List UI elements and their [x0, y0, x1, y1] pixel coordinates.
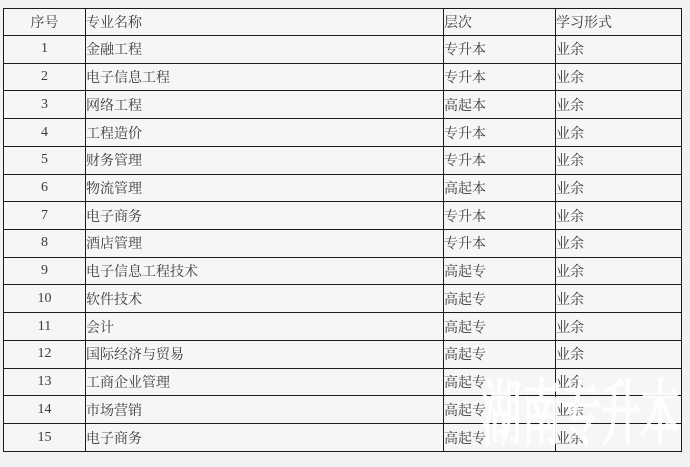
- level-cell: 高起本: [444, 174, 556, 202]
- major-name-cell: 电子商务: [86, 202, 444, 230]
- study-form-cell: 业余: [556, 36, 682, 64]
- study-form-cell: 业余: [556, 230, 682, 258]
- row-number-cell: 5: [4, 146, 86, 174]
- level-cell: 专升本: [444, 202, 556, 230]
- table-header-row: 序号 专业名称 层次 学习形式: [4, 9, 682, 36]
- study-form-cell: 业余: [556, 340, 682, 368]
- level-cell: 高起专: [444, 313, 556, 341]
- major-name-cell: 会计: [86, 313, 444, 341]
- row-number-cell: 8: [4, 230, 86, 258]
- level-cell: 高起本: [444, 91, 556, 119]
- row-number-cell: 9: [4, 257, 86, 285]
- study-form-cell: 业余: [556, 174, 682, 202]
- level-cell: 高起专: [444, 285, 556, 313]
- study-form-cell: 业余: [556, 91, 682, 119]
- row-number-cell: 14: [4, 396, 86, 424]
- row-number-cell: 10: [4, 285, 86, 313]
- level-cell: 专升本: [444, 119, 556, 147]
- table-row: 1 金融工程 专升本 业余: [4, 36, 682, 64]
- major-name-cell: 物流管理: [86, 174, 444, 202]
- level-cell: 高起专: [444, 340, 556, 368]
- row-number-cell: 2: [4, 63, 86, 91]
- study-form-cell: 业余: [556, 146, 682, 174]
- level-cell: 高起专: [444, 424, 556, 452]
- study-form-cell: 业余: [556, 257, 682, 285]
- table-row: 15 电子商务 高起专 业余: [4, 424, 682, 452]
- major-name-cell: 电子信息工程: [86, 63, 444, 91]
- level-cell: 专升本: [444, 146, 556, 174]
- row-number-cell: 6: [4, 174, 86, 202]
- study-form-cell: 业余: [556, 424, 682, 452]
- header-form: 学习形式: [556, 9, 682, 36]
- row-number-cell: 3: [4, 91, 86, 119]
- majors-table-container: 序号 专业名称 层次 学习形式 1 金融工程 专升本 业余 2 电子信息工程 专…: [3, 8, 682, 452]
- table-row: 3 网络工程 高起本 业余: [4, 91, 682, 119]
- major-name-cell: 酒店管理: [86, 230, 444, 258]
- study-form-cell: 业余: [556, 202, 682, 230]
- major-name-cell: 市场营销: [86, 396, 444, 424]
- study-form-cell: 业余: [556, 63, 682, 91]
- table-row: 11 会计 高起专 业余: [4, 313, 682, 341]
- major-name-cell: 网络工程: [86, 91, 444, 119]
- major-name-cell: 财务管理: [86, 146, 444, 174]
- table-row: 13 工商企业管理 高起专 业余: [4, 368, 682, 396]
- table-row: 8 酒店管理 专升本 业余: [4, 230, 682, 258]
- table-row: 10 软件技术 高起专 业余: [4, 285, 682, 313]
- level-cell: 高起专: [444, 257, 556, 285]
- table-row: 12 国际经济与贸易 高起专 业余: [4, 340, 682, 368]
- major-name-cell: 工程造价: [86, 119, 444, 147]
- page: 序号 专业名称 层次 学习形式 1 金融工程 专升本 业余 2 电子信息工程 专…: [0, 0, 690, 467]
- study-form-cell: 业余: [556, 313, 682, 341]
- row-number-cell: 15: [4, 424, 86, 452]
- table-row: 5 财务管理 专升本 业余: [4, 146, 682, 174]
- table-row: 6 物流管理 高起本 业余: [4, 174, 682, 202]
- level-cell: 高起专: [444, 368, 556, 396]
- major-name-cell: 金融工程: [86, 36, 444, 64]
- header-major: 专业名称: [86, 9, 444, 36]
- table-body: 1 金融工程 专升本 业余 2 电子信息工程 专升本 业余 3 网络工程 高起本…: [4, 36, 682, 452]
- study-form-cell: 业余: [556, 368, 682, 396]
- major-name-cell: 电子商务: [86, 424, 444, 452]
- row-number-cell: 4: [4, 119, 86, 147]
- level-cell: 专升本: [444, 230, 556, 258]
- table-row: 2 电子信息工程 专升本 业余: [4, 63, 682, 91]
- major-name-cell: 电子信息工程技术: [86, 257, 444, 285]
- level-cell: 专升本: [444, 63, 556, 91]
- level-cell: 专升本: [444, 36, 556, 64]
- study-form-cell: 业余: [556, 119, 682, 147]
- study-form-cell: 业余: [556, 285, 682, 313]
- major-name-cell: 国际经济与贸易: [86, 340, 444, 368]
- row-number-cell: 13: [4, 368, 86, 396]
- row-number-cell: 12: [4, 340, 86, 368]
- majors-table: 序号 专业名称 层次 学习形式 1 金融工程 专升本 业余 2 电子信息工程 专…: [3, 8, 682, 452]
- table-row: 14 市场营销 高起专 业余: [4, 396, 682, 424]
- header-level: 层次: [444, 9, 556, 36]
- table-row: 4 工程造价 专升本 业余: [4, 119, 682, 147]
- table-row: 9 电子信息工程技术 高起专 业余: [4, 257, 682, 285]
- major-name-cell: 软件技术: [86, 285, 444, 313]
- row-number-cell: 1: [4, 36, 86, 64]
- row-number-cell: 7: [4, 202, 86, 230]
- row-number-cell: 11: [4, 313, 86, 341]
- header-no: 序号: [4, 9, 86, 36]
- study-form-cell: 业余: [556, 396, 682, 424]
- level-cell: 高起专: [444, 396, 556, 424]
- table-row: 7 电子商务 专升本 业余: [4, 202, 682, 230]
- major-name-cell: 工商企业管理: [86, 368, 444, 396]
